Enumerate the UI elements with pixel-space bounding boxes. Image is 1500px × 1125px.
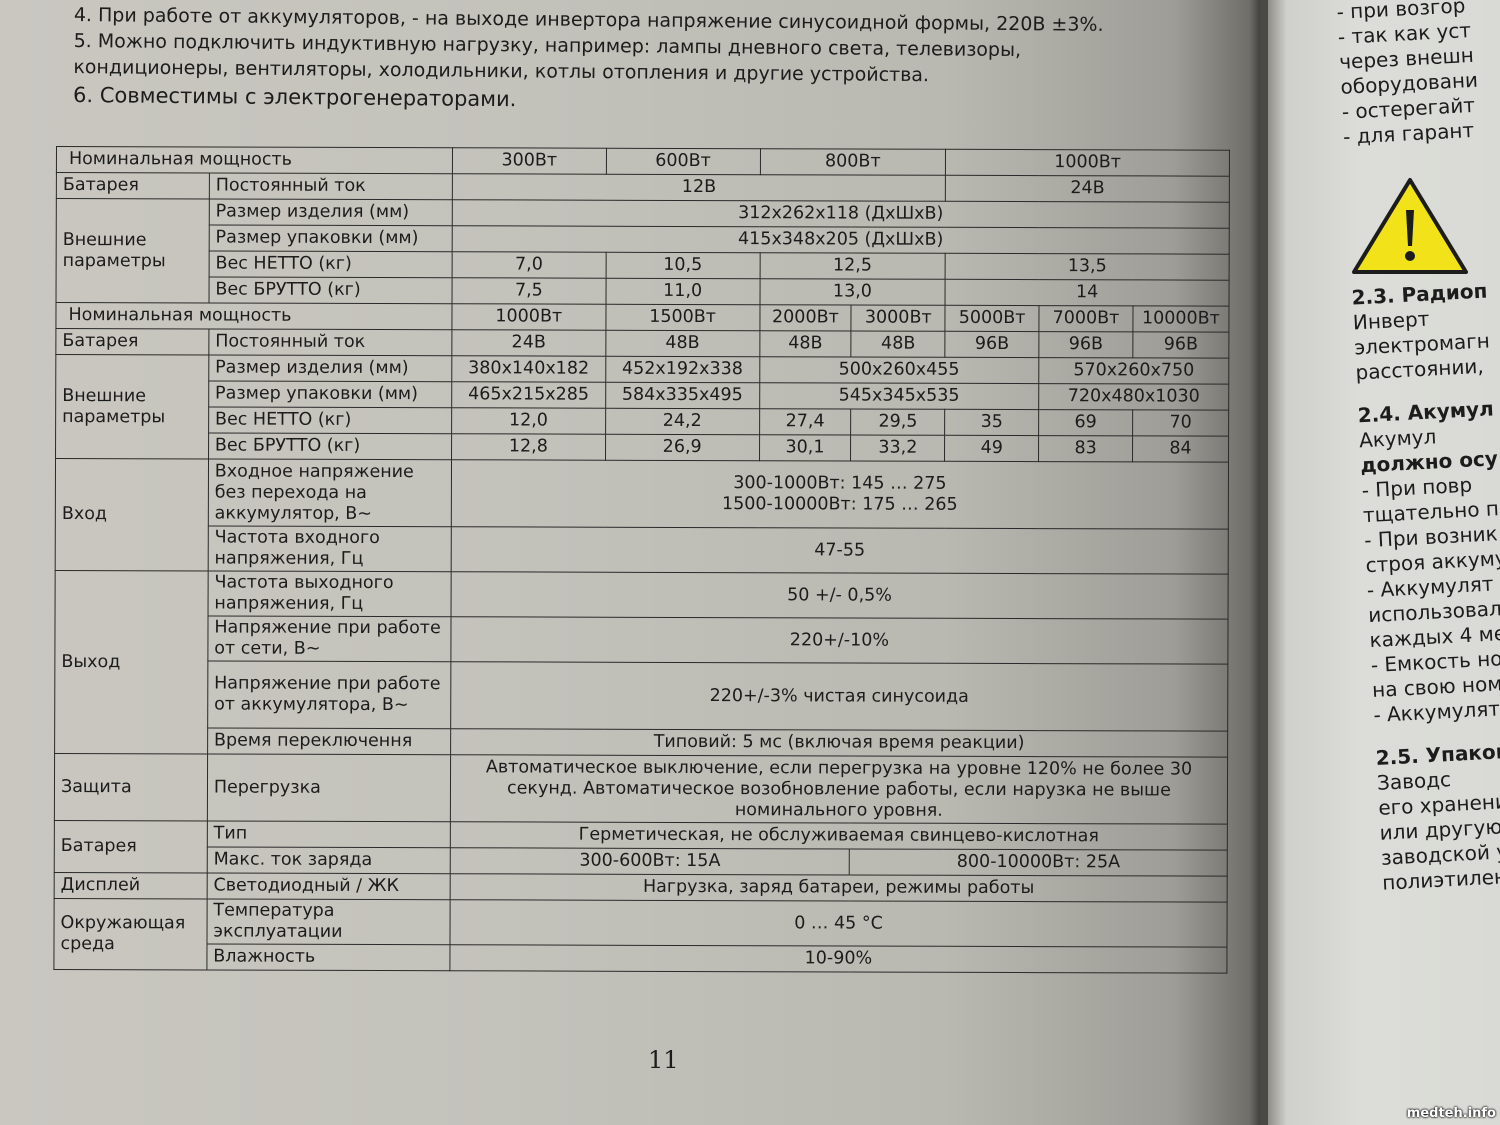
input-freq-value: 47-55 [451,527,1228,574]
input-voltage-line2: 1500-10000Вт: 175 … 265 [458,493,1222,516]
b1-ext-group: Внешние параметры [56,199,209,303]
env-humidity-row: Влажность 10-90% [54,943,1227,973]
b1-pack-label: Размер упаковки (мм) [209,225,452,252]
input-group: Вход [55,459,208,571]
env-humidity-label: Влажность [207,944,450,971]
b2-pack-label: Размер упаковки (мм) [209,381,452,408]
b1-gross-value: 14 [945,279,1229,306]
watermark: medteh.info [1407,1106,1496,1121]
protection-group: Защита [54,753,207,820]
output-mains-label: Напряжение при работе от сети, В~ [208,616,451,662]
b1-net-value: 7,0 [452,252,606,278]
b2-dc-value: 96В [1133,332,1229,358]
b2-dc-row: Батарея Постоянный ток 24В 48В 48В 48В 9… [56,329,1229,359]
battery-charge-low: 300-600Вт: 15А [450,848,850,875]
section-2-5-text: Заводсего хранениили другуюзаводской упо… [1376,762,1500,896]
output-switch-label: Время переключення [207,728,450,755]
b2-gross-value: 26,9 [605,434,759,460]
b2-net-value: 24,2 [605,408,759,434]
b2-size-value: 380x140x182 [452,356,606,382]
b2-gross-value: 33,2 [851,435,945,461]
b2-power: 7000Вт [1039,306,1133,332]
input-voltage-line1: 300-1000Вт: 145 … 275 [458,472,1222,495]
b2-dc-label: Постоянный ток [209,329,452,356]
b1-net-value: 10,5 [606,252,760,278]
output-battery-value: 220+/-3% чистая синусоида [451,662,1228,731]
b1-net-row: Вес НЕТТО (кг) 7,0 10,5 12,5 13,5 [56,251,1229,281]
input-freq-label: Частота входного напряжения, Гц [208,526,451,572]
b2-power: 10000Вт [1133,306,1229,332]
b2-pack-value: 584x335x495 [605,382,759,408]
output-freq-value: 50 +/- 0,5% [451,572,1228,619]
b1-size-value: 312x262x118 (ДхШхВ) [452,200,1229,228]
battery-charge-row: Макс. ток заряда 300-600Вт: 15А 800-1000… [54,846,1227,876]
b1-gross-value: 11,0 [606,278,760,304]
b2-ext-group: Внешние параметры [56,355,209,459]
b2-net-value: 69 [1039,410,1133,436]
b2-dc-value: 96В [1039,332,1133,358]
b2-gross-value: 12,8 [451,434,605,460]
b1-net-value: 13,5 [945,253,1229,280]
b1-power-600: 600Вт [606,148,760,174]
b1-power-row: Номинальная мощность 300Вт 600Вт 800Вт 1… [56,147,1229,177]
battery-type-row: Батарея Тип Герметическая, не обслуживае… [54,820,1227,850]
output-freq-row: Выход Частота выходного напряжения, Гц 5… [55,570,1228,619]
display-group: Дисплей [54,872,207,898]
b2-net-value: 12,0 [452,408,606,434]
output-switch-value: Типовий: 5 мс (включая время реакции) [451,729,1228,757]
warning-triangle-icon [1350,176,1470,276]
spec-table: Номинальная мощность 300Вт 600Вт 800Вт 1… [53,146,1230,974]
b1-battery-group: Батарея [56,173,209,199]
b2-pack-value: 720x480x1030 [1039,384,1229,411]
b2-gross-row: Вес БРУТТО (кг) 12,8 26,9 30,1 33,2 49 8… [56,433,1229,463]
b1-size-label: Размер изделия (мм) [209,199,452,226]
b2-net-value: 70 [1133,410,1229,436]
intro-features: 4. При работе от аккумуляторов, - на вых… [73,2,1224,119]
b2-net-value: 35 [945,409,1039,435]
b1-dc-row: Батарея Постоянный ток 12В 24В [56,173,1229,203]
b2-power: 3000Вт [851,305,945,331]
b2-gross-value: 84 [1132,436,1228,462]
b2-size-row: Внешние параметры Размер изделия (мм) 38… [56,355,1229,385]
b2-dc-value: 48В [606,330,760,356]
b2-power: 1000Вт [452,304,606,330]
section-2-3-text: Инвертэлектромагнрасстоянии, [1352,301,1500,385]
b2-net-label: Вес НЕТТО (кг) [208,407,451,434]
output-battery-label: Напряжение при работе от аккумулятора, В… [208,661,451,729]
b2-power-label: Номинальная мощность [56,303,452,330]
b1-pack-value: 415x348x205 (ДхШхВ) [452,226,1229,254]
b1-power-300: 300Вт [452,148,606,174]
b2-pack-value: 545x345x535 [759,383,1039,410]
b1-gross-value: 7,5 [452,278,606,304]
b2-dc-value: 24В [452,330,606,356]
battery-type-value: Герметическая, не обслуживаемая свинцево… [450,822,1227,850]
b2-gross-value: 30,1 [759,435,851,461]
b2-power-row: Номинальная мощность 1000Вт 1500Вт 2000В… [56,303,1229,333]
env-temp-row: Окружающая среда Температура эксплуатаци… [54,898,1227,947]
display-value: Нагрузка, заряд батареи, режимы работы [450,874,1227,902]
input-voltage-value: 300-1000Вт: 145 … 275 1500-10000Вт: 175 … [451,460,1228,529]
input-voltage-row: Вход Входное напряжение без перехода на … [55,459,1228,530]
display-row: Дисплей Светодиодный / ЖК Нагрузка, заря… [54,872,1227,902]
b2-dc-value: 48В [851,331,945,357]
b1-power-800: 800Вт [760,149,946,176]
battery-charge-label: Макс. ток заряда [207,847,450,874]
b2-power: 5000Вт [945,305,1039,331]
b1-pack-row: Размер упаковки (мм) 415x348x205 (ДхШхВ) [56,225,1229,255]
b2-net-value: 27,4 [759,409,851,435]
b1-net-value: 12,5 [760,253,946,280]
environment-group: Окружающая среда [54,898,207,969]
section-2-4-text: Акумулдолжно осу- При повртщательно пр- … [1358,419,1500,728]
b1-size-row: Внешние параметры Размер изделия (мм) 31… [56,199,1229,229]
output-switch-row: Время переключення Типовий: 5 мс (включа… [55,727,1228,757]
page-number: 11 [648,1046,679,1074]
b2-net-row: Вес НЕТТО (кг) 12,0 24,2 27,4 29,5 35 69… [56,407,1229,437]
input-freq-row: Частота входного напряжения, Гц 47-55 [55,525,1228,574]
right-top-lines: - при возгор- так как устчерез внешнобор… [1336,0,1500,150]
input-voltage-label: Входное напряжение без перехода на аккум… [208,459,451,527]
b2-size-label: Размер изделия (мм) [209,355,452,382]
b1-power-label: Номинальная мощность [56,147,452,174]
b1-dc-12: 12В [452,174,945,202]
env-temp-value: 0 … 45 °C [450,900,1227,947]
b2-gross-value: 83 [1039,436,1133,462]
battery-type-label: Тип [207,821,450,848]
battery-group: Батарея [54,820,207,872]
b2-net-value: 29,5 [851,409,945,435]
overload-value: Автоматическое выключение, если перегруз… [450,755,1227,824]
b2-gross-value: 49 [945,435,1039,461]
battery-charge-high: 800-10000Вт: 25А [850,849,1228,876]
protection-row: Защита Перегрузка Автоматическое выключе… [54,753,1227,824]
b1-dc-24: 24В [946,175,1230,202]
b1-gross-row: Вес БРУТТО (кг) 7,5 11,0 13,0 14 [56,277,1229,307]
display-type-label: Светодиодный / ЖК [207,873,450,900]
b2-size-value: 500x260x455 [759,357,1039,384]
b2-power: 1500Вт [606,304,760,330]
b1-power-1000: 1000Вт [946,149,1230,176]
output-mains-row: Напряжение при работе от сети, В~ 220+/-… [55,615,1228,664]
b1-dc-label: Постоянный ток [209,173,452,200]
b2-dc-value: 96В [945,331,1039,357]
b2-power: 2000Вт [759,305,851,331]
b2-dc-value: 48В [759,331,851,357]
b1-net-label: Вес НЕТТО (кг) [209,251,452,278]
env-temp-label: Температура эксплуатации [207,899,450,945]
output-mains-value: 220+/-10% [451,617,1228,664]
output-battery-row: Напряжение при работе от аккумулятора, В… [55,660,1228,731]
env-humidity-value: 10-90% [450,945,1227,973]
b1-gross-value: 13,0 [760,279,946,306]
b2-battery-group: Батарея [56,329,209,355]
b2-size-value: 570x260x750 [1039,358,1229,385]
b1-gross-label: Вес БРУТТО (кг) [209,277,452,304]
b2-pack-row: Размер упаковки (мм) 465x215x285 584x335… [56,381,1229,411]
b2-size-value: 452x192x338 [605,356,759,382]
output-group: Выход [55,570,208,753]
b2-gross-label: Вес БРУТТО (кг) [208,433,451,460]
b2-pack-value: 465x215x285 [452,382,606,408]
overload-label: Перегрузка [207,754,450,822]
output-freq-label: Частота выходного напряжения, Гц [208,571,451,617]
